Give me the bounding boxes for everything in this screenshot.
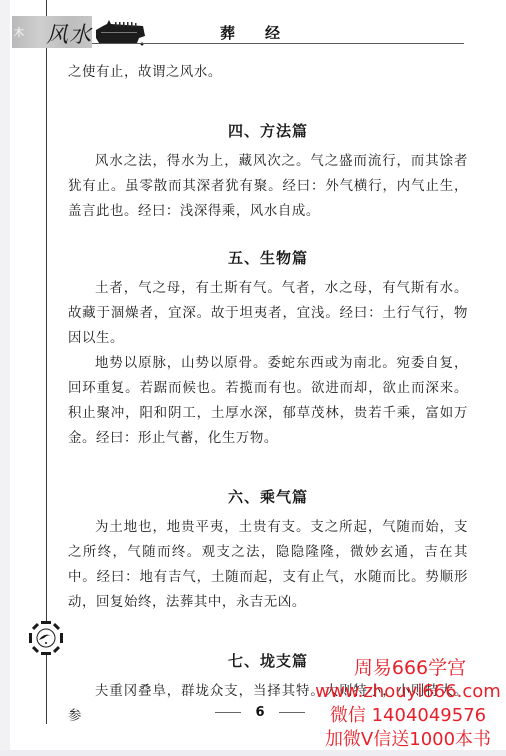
- left-page-edge: [0, 0, 10, 756]
- watermark-overlay: 周易666学宫 www.zhouyi666.com 微信 1404049576 …: [310, 656, 506, 752]
- footer-dash-left: [215, 712, 241, 713]
- section-paragraph: 为土地也，地贵平夷，土贵有支。支之所起，气随而始，支之所终，气随而终。观支之法，…: [68, 515, 468, 615]
- watermark-url: www.zhouyi666.com: [310, 680, 506, 704]
- header-banner-small-text: 木: [14, 24, 24, 39]
- page-content: 之使有止，故谓之风水。 四、方法篇 风水之法，得水为上，藏风次之。气之盛而流行，…: [68, 60, 468, 729]
- page-footer: 6: [200, 702, 320, 722]
- section-paragraph: 地势以原脉，山势以原骨。委蛇东西或为南北。宛委自复，回环重复。若踞而候也。若揽而…: [68, 351, 468, 451]
- watermark-wechat: 微信 1404049576: [310, 704, 506, 728]
- footer-dash-right: [279, 712, 305, 713]
- bagua-emblem-icon: [28, 620, 64, 656]
- section-paragraph: 土者，气之母，有土斯有气。气者，水之母，有气斯有水。故藏于涸燥者，宜深。故于坦夷…: [68, 276, 468, 351]
- section-paragraph: 风水之法，得水为上，藏风次之。气之盛而流行，而其馀者犹有止。虽零散而其深者犹有聚…: [68, 149, 468, 224]
- header-rule: [92, 43, 464, 44]
- header-banner-title: 风水: [46, 18, 92, 49]
- intro-fragment: 之使有止，故谓之风水。: [68, 60, 468, 85]
- section-heading-method: 四、方法篇: [68, 119, 468, 143]
- bottom-page-edge: [0, 750, 506, 756]
- header-banner: 木 风水: [12, 16, 92, 48]
- watermark-line-1: 周易666学宫: [310, 656, 506, 680]
- running-head-title: 葬经: [220, 22, 320, 43]
- section-heading-shengwu: 五、生物篇: [68, 246, 468, 270]
- watermark-promo: 加微V信送1000本书: [310, 728, 506, 752]
- margin-rule: [46, 0, 47, 724]
- page-number: 6: [255, 705, 264, 720]
- section-heading-chengqi: 六、乘气篇: [68, 485, 468, 509]
- ship-illustration-icon: [93, 16, 145, 46]
